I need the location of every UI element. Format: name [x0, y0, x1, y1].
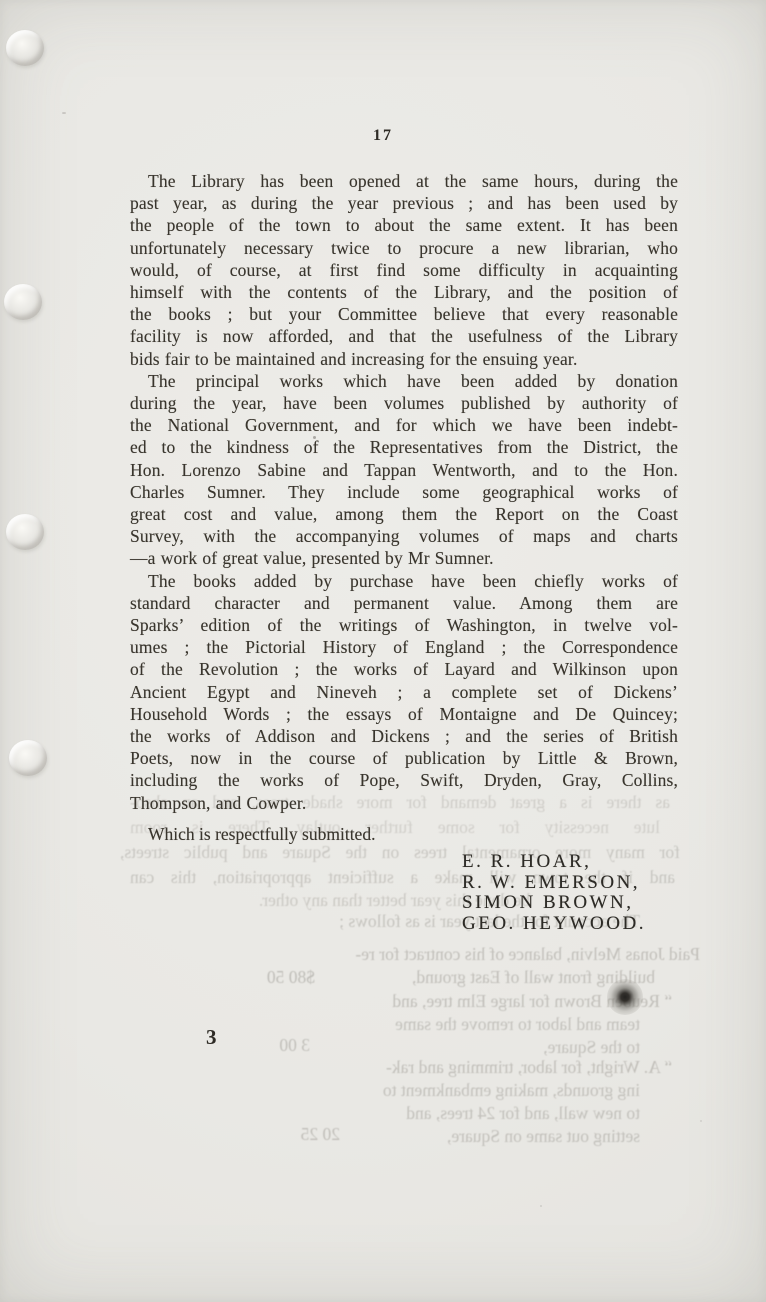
signature-line: E. R. HOAR, [462, 852, 646, 873]
text-line: Poets, now in the course of publication … [130, 747, 678, 769]
paper-speck [700, 1120, 702, 1122]
text-line: Hon. Lorenzo Sabine and Tappan Wentworth… [130, 459, 678, 481]
signature-block: E. R. HOAR,R. W. EMERSON,SIMON BROWN,GEO… [462, 852, 646, 934]
signature-line: GEO. HEYWOOD. [462, 914, 646, 935]
text-line: including the works of Pope, Swift, Dryd… [130, 769, 678, 791]
paper-speck [540, 1205, 542, 1207]
page-number: 17 [0, 127, 766, 145]
paper-emboss-mark [6, 514, 44, 550]
text-line: Sparks’ edition of the writings of Washi… [130, 614, 678, 636]
text-line: Survey, with the accompanying volumes of… [130, 525, 678, 547]
scanned-page: as there is a great demand for more shad… [0, 0, 766, 1302]
signature-line: SIMON BROWN, [462, 893, 646, 914]
bleedthrough-line: setting out same on Square, [447, 1125, 640, 1147]
bleedthrough-line: 20 25 [301, 1123, 340, 1145]
text-line: himself with the contents of the Library… [130, 281, 678, 303]
text-line: ed to the kindness of the Representative… [130, 436, 678, 458]
bleedthrough-line: “ A. Wright, for labor, trimming and rak… [386, 1056, 672, 1078]
signature-line: R. W. EMERSON, [462, 873, 646, 894]
paragraph: The principal works which have been adde… [130, 370, 678, 570]
paragraph: The books added by purchase have been ch… [130, 570, 678, 814]
text-line: during the year, have been volumes publi… [130, 392, 678, 414]
text-line: Charles Sumner. They include some geogra… [130, 481, 678, 503]
report-text: The Library has been opened at the same … [130, 170, 678, 814]
paper-emboss-mark [9, 740, 47, 776]
text-line: —a work of great value, presented by Mr … [130, 547, 678, 569]
bleedthrough-line: $80 50 [267, 966, 315, 988]
paper-emboss-mark [4, 284, 42, 320]
bleedthrough-line: to the Square, [543, 1036, 640, 1058]
text-line: Ancient Egypt and Nineveh ; a complete s… [130, 681, 678, 703]
text-line: the National Government, and for which w… [130, 414, 678, 436]
text-line: umes ; the Pictorial History of England … [130, 636, 678, 658]
paper-speck [313, 436, 316, 439]
paper-emboss-mark [6, 30, 44, 66]
bleedthrough-line: team and labor to remove the same [395, 1013, 640, 1035]
text-line: the people of the town to about the same… [130, 214, 678, 236]
paragraph: The Library has been opened at the same … [130, 170, 678, 370]
bleedthrough-line: Paid Jonas Melvin, balance of his contra… [355, 943, 700, 965]
text-line: the works of Addison and Dickens ; and t… [130, 725, 678, 747]
closing-line: Which is respectfully submitted. [148, 824, 375, 845]
text-line: The books added by purchase have been ch… [130, 570, 678, 592]
text-line: standard character and permanent value. … [130, 592, 678, 614]
printer-signature-mark: 3 [206, 1025, 217, 1050]
text-line: unfortunately necessary twice to procure… [130, 237, 678, 259]
text-line: past year, as during the year previous ;… [130, 192, 678, 214]
text-line: Household Words ; the essays of Montaign… [130, 703, 678, 725]
ink-blot [607, 979, 643, 1015]
text-line: facility is now afforded, and that the u… [130, 325, 678, 347]
text-line: bids fair to be maintained and increasin… [130, 348, 678, 370]
text-line: of the Revolution ; the works of Layard … [130, 658, 678, 680]
text-line: would, of course, at first find some dif… [130, 259, 678, 281]
text-line: The Library has been opened at the same … [130, 170, 678, 192]
text-line: Thompson, and Cowper. [130, 792, 678, 814]
bleedthrough-line: to new wall, and for 24 trees, and [406, 1102, 640, 1124]
text-line: great cost and value, among them the Rep… [130, 503, 678, 525]
paper-speck [62, 112, 66, 114]
bleedthrough-line: ing grounds, making embankment to [383, 1079, 640, 1101]
text-line: The principal works which have been adde… [130, 370, 678, 392]
bleedthrough-line: 3 00 [279, 1034, 310, 1056]
text-line: the books ; but your Committee believe t… [130, 303, 678, 325]
